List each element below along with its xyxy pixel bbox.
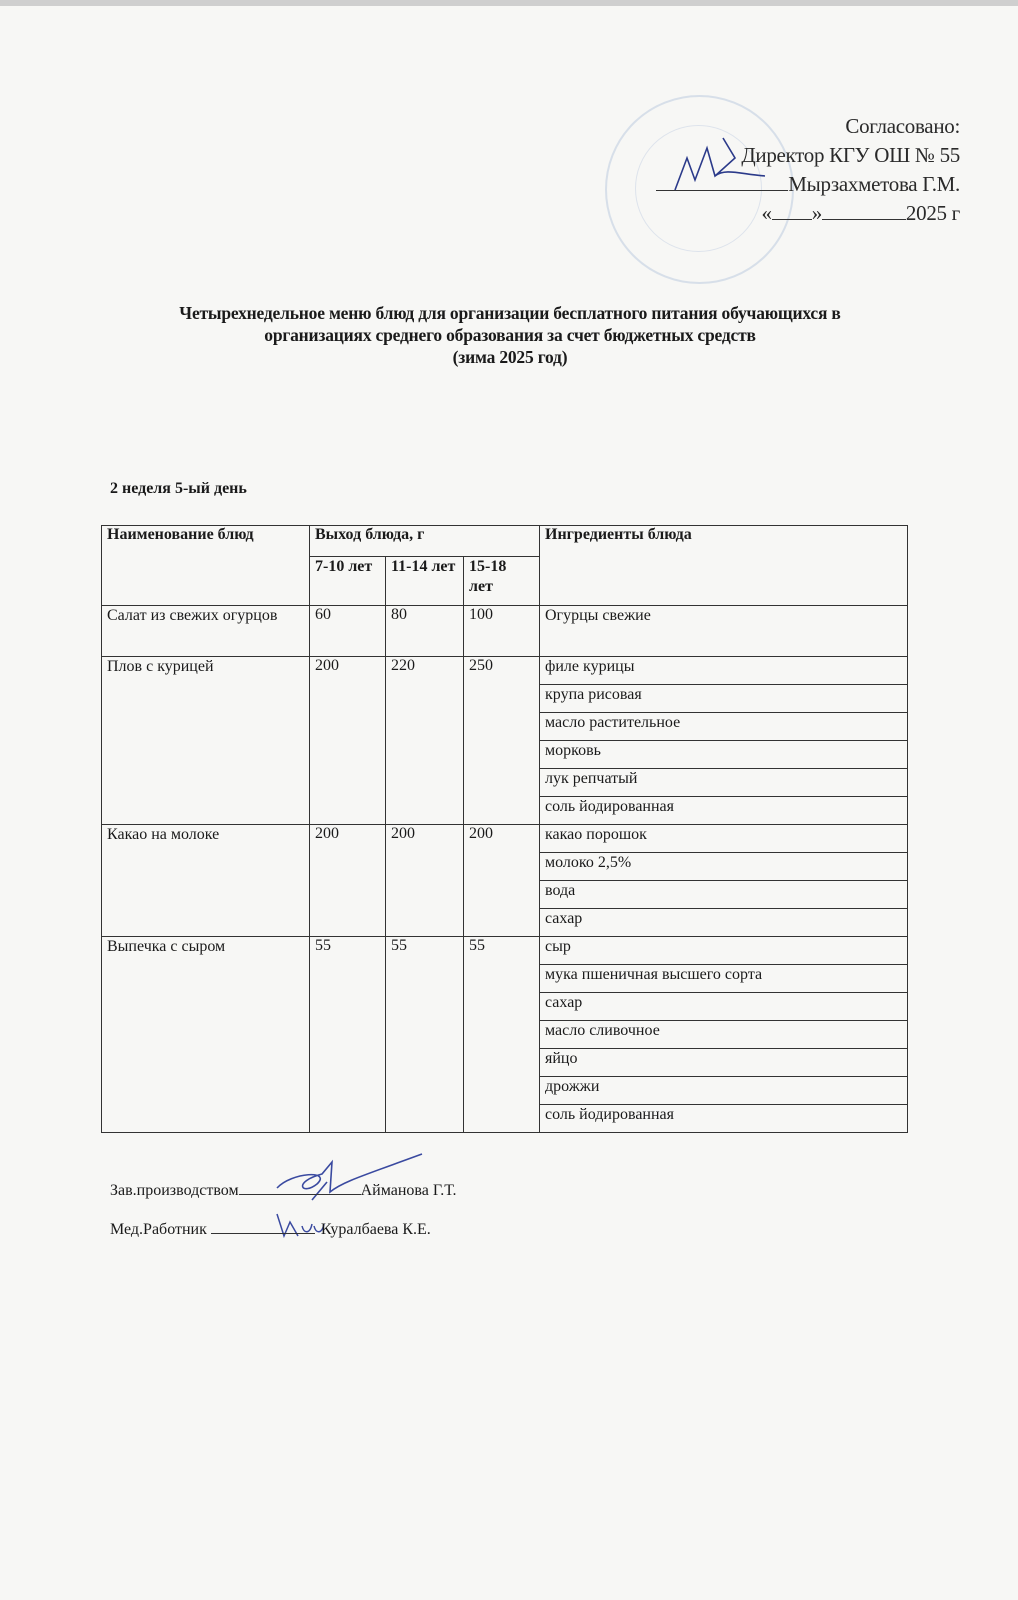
dish-yield: 200 <box>310 657 386 825</box>
dish-yield: 200 <box>310 825 386 937</box>
signature-line <box>211 1219 315 1234</box>
header-age-15-18: 15-18 лет <box>464 557 540 606</box>
header-ingredients: Ингредиенты блюда <box>540 526 908 606</box>
dish-name: Какао на молоке <box>102 825 310 937</box>
date-quote-open: « <box>762 201 772 225</box>
ingredient: молоко 2,5% <box>540 853 908 881</box>
approval-year: 2025 г <box>906 201 960 225</box>
table-header-row: Наименование блюд Выход блюда, г Ингреди… <box>102 526 908 557</box>
menu-table: Наименование блюд Выход блюда, г Ингреди… <box>101 525 908 1133</box>
date-quote-close: » <box>812 201 822 225</box>
date-day-blank <box>772 201 812 220</box>
approval-date-line: «»2025 г <box>656 199 960 228</box>
ingredient: какао порошок <box>540 825 908 853</box>
ingredient: масло сливочное <box>540 1021 908 1049</box>
ingredient: Огурцы свежие <box>540 606 908 657</box>
dish-yield: 80 <box>386 606 464 657</box>
ingredient: сахар <box>540 993 908 1021</box>
day-heading: 2 неделя 5-ый день <box>110 480 247 498</box>
header-age-11-14: 11-14 лет <box>386 557 464 606</box>
ingredient: филе курицы <box>540 657 908 685</box>
ingredient: лук репчатый <box>540 769 908 797</box>
table-row: Какао на молоке200200200какао порошок <box>102 825 908 853</box>
approval-name: Мырзахметова Г.М. <box>788 172 960 196</box>
dish-yield: 60 <box>310 606 386 657</box>
ingredient: соль йодированная <box>540 1105 908 1133</box>
ingredient: мука пшеничная высшего сорта <box>540 965 908 993</box>
ingredient: дрожжи <box>540 1077 908 1105</box>
ingredient: морковь <box>540 741 908 769</box>
dish-name: Плов с курицей <box>102 657 310 825</box>
ingredient: яйцо <box>540 1049 908 1077</box>
table-row: Выпечка с сыром555555сыр <box>102 937 908 965</box>
title-line-1: Четырехнедельное меню блюд для организац… <box>110 302 910 324</box>
ingredient: масло растительное <box>540 713 908 741</box>
dish-yield: 55 <box>386 937 464 1133</box>
signature-line <box>239 1180 361 1195</box>
medic-name: Куралбаева К.Е. <box>321 1221 431 1238</box>
title-line-3: (зима 2025 год) <box>110 346 910 368</box>
manager-signature-line: Зав.производствомАйманова Г.Т. <box>110 1180 456 1200</box>
title-line-2: организациях среднего образования за сче… <box>110 324 910 346</box>
header-yield: Выход блюда, г <box>310 526 540 557</box>
dish-yield: 250 <box>464 657 540 825</box>
header-age-7-10: 7-10 лет <box>310 557 386 606</box>
manager-name: Айманова Г.Т. <box>361 1182 457 1199</box>
ingredient: вода <box>540 881 908 909</box>
ingredient: крупа рисовая <box>540 685 908 713</box>
ingredient: сыр <box>540 937 908 965</box>
dish-name: Выпечка с сыром <box>102 937 310 1133</box>
manager-label: Зав.производством <box>110 1182 239 1199</box>
ingredient: соль йодированная <box>540 797 908 825</box>
ingredient: сахар <box>540 909 908 937</box>
header-dish-name: Наименование блюд <box>102 526 310 606</box>
dish-yield: 200 <box>464 825 540 937</box>
dish-yield: 55 <box>310 937 386 1133</box>
dish-yield: 220 <box>386 657 464 825</box>
medic-signature-line: Мед.Работник Куралбаева К.Е. <box>110 1219 431 1239</box>
dish-yield: 55 <box>464 937 540 1133</box>
medic-label: Мед.Работник <box>110 1221 207 1238</box>
date-month-blank <box>822 201 906 220</box>
document-title: Четырехнедельное меню блюд для организац… <box>110 302 910 368</box>
table-row: Плов с курицей200220250филе курицы <box>102 657 908 685</box>
dish-yield: 100 <box>464 606 540 657</box>
dish-yield: 200 <box>386 825 464 937</box>
table-row: Салат из свежих огурцов6080100Огурцы све… <box>102 606 908 657</box>
dish-name: Салат из свежих огурцов <box>102 606 310 657</box>
director-signature-icon <box>665 118 775 198</box>
